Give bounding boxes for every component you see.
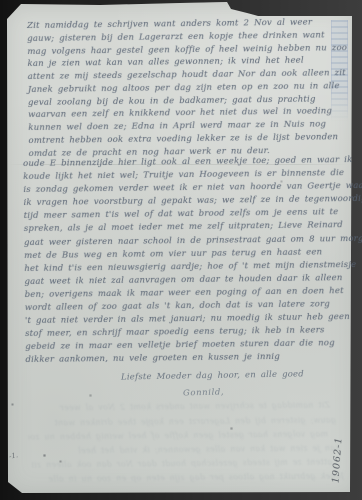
scanned-letter-page: Zit namiddag te schrijven want anders ko… — [0, 0, 362, 500]
letter-paragraph-2: oude E binnenzijde hier ligt ook al een … — [23, 154, 362, 368]
letter-signature: Gonnild, — [183, 387, 224, 398]
letter-paragraph-1: Zit namiddag te schrijven want anders ko… — [27, 16, 348, 160]
paper-specks — [0, 0, 1, 1]
